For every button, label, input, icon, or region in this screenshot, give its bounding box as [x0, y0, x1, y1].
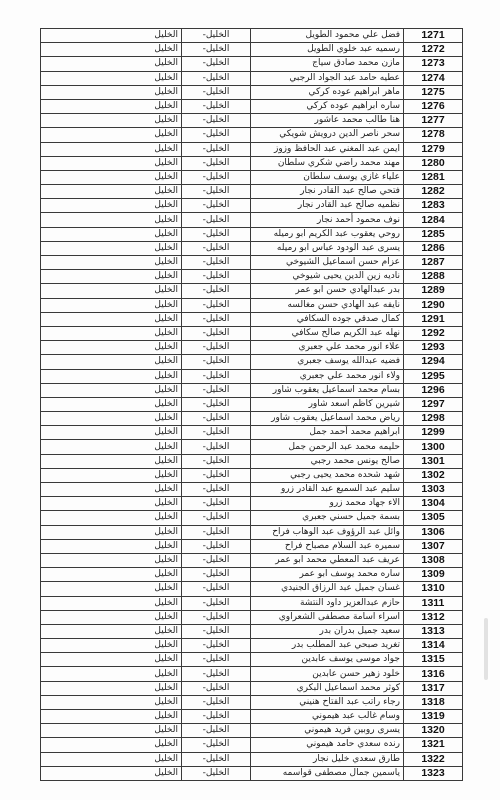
table-row: الخليلالخليل-شهد شحده محمد يحيى رجبي1302: [41, 468, 463, 482]
district-cell: الخليل-: [182, 511, 251, 525]
name-cell: طارق سعدي خليل نجار: [251, 752, 404, 766]
table-row: الخليلالخليل-علاء انور محمد علي جعبري129…: [41, 341, 463, 355]
table-row: الخليلالخليل-جواد موسى يوسف عابدين1315: [41, 653, 463, 667]
number-cell: 1299: [404, 426, 463, 440]
name-cell: كمال صدقي جوده السكافي: [251, 312, 404, 326]
district-cell: الخليل-: [182, 369, 251, 383]
number-cell: 1291: [404, 312, 463, 326]
table-row: الخليلالخليل-صالح يونس محمد رجبي1301: [41, 454, 463, 468]
location-cell: الخليل: [41, 766, 182, 780]
number-cell: 1315: [404, 653, 463, 667]
name-cell: عزام حسن اسماعيل الشيوخي: [251, 256, 404, 270]
district-cell: الخليل-: [182, 156, 251, 170]
number-cell: 1309: [404, 568, 463, 582]
table-row: الخليلالخليل-ساره ابراهيم عوده كركي1276: [41, 99, 463, 113]
name-cell: نظميه صالح عبد القادر نجار: [251, 199, 404, 213]
location-cell: الخليل: [41, 355, 182, 369]
location-cell: الخليل: [41, 29, 182, 43]
table-row: الخليلالخليل-ماهر ابراهيم عوده كركي1275: [41, 85, 463, 99]
number-cell: 1323: [404, 766, 463, 780]
district-cell: الخليل-: [182, 724, 251, 738]
district-cell: الخليل-: [182, 553, 251, 567]
name-cell: كوثر محمد اسماعيل البكري: [251, 681, 404, 695]
district-cell: الخليل-: [182, 568, 251, 582]
district-cell: الخليل-: [182, 681, 251, 695]
name-cell: صالح يونس محمد رجبي: [251, 454, 404, 468]
location-cell: الخليل: [41, 369, 182, 383]
number-cell: 1322: [404, 752, 463, 766]
table-row: الخليلالخليل-ناديه زين الدين يحيى شيوخي1…: [41, 270, 463, 284]
district-cell: الخليل-: [182, 639, 251, 653]
name-cell: ابراهيم محمد أحمد جمل: [251, 426, 404, 440]
location-cell: الخليل: [41, 312, 182, 326]
district-cell: الخليل-: [182, 695, 251, 709]
location-cell: الخليل: [41, 142, 182, 156]
table-row: الخليلالخليل-كمال صدقي جوده السكافي1291: [41, 312, 463, 326]
names-table: الخليلالخليل-فضل علي محمود الطويل1271الخ…: [40, 28, 463, 781]
table-row: الخليلالخليل-نظميه صالح عبد القادر نجار1…: [41, 199, 463, 213]
location-cell: الخليل: [41, 426, 182, 440]
table-row: الخليلالخليل-سعيد جميل بدران بدر1313: [41, 624, 463, 638]
district-cell: الخليل-: [182, 114, 251, 128]
table-row: الخليلالخليل-سميره عبد السلام مصباح فراح…: [41, 539, 463, 553]
table-row: الخليلالخليل-هنا طالب محمد عاشور1277: [41, 114, 463, 128]
location-cell: الخليل: [41, 724, 182, 738]
number-cell: 1318: [404, 695, 463, 709]
name-cell: حليمه محمد عبد الرحمن جمل: [251, 440, 404, 454]
number-cell: 1297: [404, 397, 463, 411]
location-cell: الخليل: [41, 582, 182, 596]
table-row: الخليلالخليل-ساره محمد يوسف ابو عمر1309: [41, 568, 463, 582]
district-cell: الخليل-: [182, 43, 251, 57]
number-cell: 1296: [404, 383, 463, 397]
number-cell: 1282: [404, 185, 463, 199]
table-row: الخليلالخليل-وائل عبد الرؤوف عبد الوهاب …: [41, 525, 463, 539]
location-cell: الخليل: [41, 241, 182, 255]
number-cell: 1313: [404, 624, 463, 638]
location-cell: الخليل: [41, 284, 182, 298]
district-cell: الخليل-: [182, 454, 251, 468]
district-cell: الخليل-: [182, 539, 251, 553]
name-cell: اسراء اسامة مصطفى الشعراوي: [251, 610, 404, 624]
district-cell: الخليل-: [182, 170, 251, 184]
table-body: الخليلالخليل-فضل علي محمود الطويل1271الخ…: [41, 29, 463, 781]
name-cell: شهد شحده محمد يحيى رجبي: [251, 468, 404, 482]
district-cell: الخليل-: [182, 440, 251, 454]
district-cell: الخليل-: [182, 142, 251, 156]
table-row: الخليلالخليل-بسمة جميل حسني جعبري1305: [41, 511, 463, 525]
district-cell: الخليل-: [182, 582, 251, 596]
name-cell: سميره عبد السلام مصباح فراح: [251, 539, 404, 553]
location-cell: الخليل: [41, 397, 182, 411]
location-cell: الخليل: [41, 454, 182, 468]
table-row: الخليلالخليل-مازن محمد صادق سياج1273: [41, 57, 463, 71]
name-cell: نايفه عبد الهادي حسن مغالسه: [251, 298, 404, 312]
location-cell: الخليل: [41, 227, 182, 241]
district-cell: الخليل-: [182, 71, 251, 85]
district-cell: الخليل-: [182, 653, 251, 667]
table-row: الخليلالخليل-بدر عبدالهادي حسن ابو عمر12…: [41, 284, 463, 298]
district-cell: الخليل-: [182, 270, 251, 284]
location-cell: الخليل: [41, 99, 182, 113]
location-cell: الخليل: [41, 412, 182, 426]
district-cell: الخليل-: [182, 341, 251, 355]
name-cell: تغريد صبحي عبد المطلب بدر: [251, 639, 404, 653]
district-cell: الخليل-: [182, 525, 251, 539]
district-cell: الخليل-: [182, 199, 251, 213]
location-cell: الخليل: [41, 341, 182, 355]
table-row: الخليلالخليل-طارق سعدي خليل نجار1322: [41, 752, 463, 766]
location-cell: الخليل: [41, 525, 182, 539]
name-cell: وائل عبد الرؤوف عبد الوهاب فراح: [251, 525, 404, 539]
table-row: الخليلالخليل-ولاء انور محمد علي جعبري129…: [41, 369, 463, 383]
location-cell: الخليل: [41, 624, 182, 638]
name-cell: ساره محمد يوسف ابو عمر: [251, 568, 404, 582]
name-cell: رسميه عبد خلوي الطويل: [251, 43, 404, 57]
table-row: الخليلالخليل-نايفه عبد الهادي حسن مغالسه…: [41, 298, 463, 312]
district-cell: الخليل-: [182, 312, 251, 326]
name-cell: نهله عبد الكريم صالح سكافي: [251, 326, 404, 340]
location-cell: الخليل: [41, 710, 182, 724]
number-cell: 1300: [404, 440, 463, 454]
district-cell: الخليل-: [182, 57, 251, 71]
district-cell: الخليل-: [182, 710, 251, 724]
name-cell: سعيد جميل بدران بدر: [251, 624, 404, 638]
location-cell: الخليل: [41, 114, 182, 128]
location-cell: الخليل: [41, 681, 182, 695]
table-row: الخليلالخليل-فضيه عبدالله يوسف جعبري1294: [41, 355, 463, 369]
table-row: الخليلالخليل-عريف عبد المعطي محمد ابو عم…: [41, 553, 463, 567]
number-cell: 1293: [404, 341, 463, 355]
name-cell: الاء جهاد محمد زرو: [251, 497, 404, 511]
district-cell: الخليل-: [182, 99, 251, 113]
district-cell: الخليل-: [182, 213, 251, 227]
name-cell: وسام غالب عبد هيموني: [251, 710, 404, 724]
number-cell: 1285: [404, 227, 463, 241]
name-cell: ياسمين جمال مصطفى قواسمه: [251, 766, 404, 780]
district-cell: الخليل-: [182, 468, 251, 482]
table-row: الخليلالخليل-تغريد صبحي عبد المطلب بدر13…: [41, 639, 463, 653]
number-cell: 1279: [404, 142, 463, 156]
name-cell: خلود زهير حسن عابدين: [251, 667, 404, 681]
location-cell: الخليل: [41, 57, 182, 71]
number-cell: 1287: [404, 256, 463, 270]
number-cell: 1272: [404, 43, 463, 57]
location-cell: الخليل: [41, 610, 182, 624]
name-cell: بسمة جميل حسني جعبري: [251, 511, 404, 525]
location-cell: الخليل: [41, 170, 182, 184]
number-cell: 1307: [404, 539, 463, 553]
table-row: الخليلالخليل-فتحي صالح عبد القادر نجار12…: [41, 185, 463, 199]
district-cell: الخليل-: [182, 298, 251, 312]
name-cell: سحر ناصر الدين درويش شويكي: [251, 128, 404, 142]
name-cell: ماهر ابراهيم عوده كركي: [251, 85, 404, 99]
number-cell: 1320: [404, 724, 463, 738]
name-cell: روحي يعقوب عبد الكريم ابو رميله: [251, 227, 404, 241]
district-cell: الخليل-: [182, 326, 251, 340]
number-cell: 1286: [404, 241, 463, 255]
table-row: الخليلالخليل-رياض محمد اسماعيل يعقوب شاو…: [41, 412, 463, 426]
location-cell: الخليل: [41, 553, 182, 567]
table-row: الخليلالخليل-ايمن عبد المغني عبد الحافظ …: [41, 142, 463, 156]
number-cell: 1281: [404, 170, 463, 184]
table-row: الخليلالخليل-حازم عبدالعزيز داود النتشة1…: [41, 596, 463, 610]
location-cell: الخليل: [41, 199, 182, 213]
location-cell: الخليل: [41, 539, 182, 553]
number-cell: 1292: [404, 326, 463, 340]
number-cell: 1284: [404, 213, 463, 227]
number-cell: 1310: [404, 582, 463, 596]
location-cell: الخليل: [41, 511, 182, 525]
name-cell: حازم عبدالعزيز داود النتشة: [251, 596, 404, 610]
name-cell: علاء انور محمد علي جعبري: [251, 341, 404, 355]
district-cell: الخليل-: [182, 483, 251, 497]
table-row: الخليلالخليل-سليم عبد السميع عبد القادر …: [41, 483, 463, 497]
location-cell: الخليل: [41, 497, 182, 511]
number-cell: 1314: [404, 639, 463, 653]
district-cell: الخليل-: [182, 256, 251, 270]
location-cell: الخليل: [41, 568, 182, 582]
location-cell: الخليل: [41, 596, 182, 610]
number-cell: 1277: [404, 114, 463, 128]
number-cell: 1308: [404, 553, 463, 567]
district-cell: الخليل-: [182, 596, 251, 610]
number-cell: 1298: [404, 412, 463, 426]
table-row: الخليلالخليل-سحر ناصر الدين درويش شويكي1…: [41, 128, 463, 142]
location-cell: الخليل: [41, 185, 182, 199]
district-cell: الخليل-: [182, 128, 251, 142]
name-cell: نوف محمود أحمد نجار: [251, 213, 404, 227]
location-cell: الخليل: [41, 256, 182, 270]
location-cell: الخليل: [41, 752, 182, 766]
table-row: الخليلالخليل-روحي يعقوب عبد الكريم ابو ر…: [41, 227, 463, 241]
number-cell: 1316: [404, 667, 463, 681]
district-cell: الخليل-: [182, 412, 251, 426]
location-cell: الخليل: [41, 383, 182, 397]
table-row: الخليلالخليل-علياء غازي يوسف سلطان1281: [41, 170, 463, 184]
table-row: الخليلالخليل-غسان جميل عبد الرزاق الجنيد…: [41, 582, 463, 596]
number-cell: 1303: [404, 483, 463, 497]
location-cell: الخليل: [41, 298, 182, 312]
location-cell: الخليل: [41, 653, 182, 667]
number-cell: 1311: [404, 596, 463, 610]
table-row: الخليلالخليل-ابراهيم محمد أحمد جمل1299: [41, 426, 463, 440]
names-table-container: الخليلالخليل-فضل علي محمود الطويل1271الخ…: [40, 28, 456, 781]
district-cell: الخليل-: [182, 610, 251, 624]
district-cell: الخليل-: [182, 383, 251, 397]
district-cell: الخليل-: [182, 85, 251, 99]
name-cell: ايمن عبد المغني عبد الحافظ وزوز: [251, 142, 404, 156]
name-cell: فتحي صالح عبد القادر نجار: [251, 185, 404, 199]
location-cell: الخليل: [41, 43, 182, 57]
name-cell: مهند محمد راضي شكري سلطان: [251, 156, 404, 170]
name-cell: بسام محمد اسماعيل يعقوب شاور: [251, 383, 404, 397]
district-cell: الخليل-: [182, 624, 251, 638]
name-cell: ساره ابراهيم عوده كركي: [251, 99, 404, 113]
name-cell: غسان جميل عبد الرزاق الجنيدي: [251, 582, 404, 596]
name-cell: مازن محمد صادق سياج: [251, 57, 404, 71]
location-cell: الخليل: [41, 128, 182, 142]
table-row: الخليلالخليل-عطيه حامد عبد الجواد الرجبي…: [41, 71, 463, 85]
name-cell: جواد موسى يوسف عابدين: [251, 653, 404, 667]
table-row: الخليلالخليل-حليمه محمد عبد الرحمن جمل13…: [41, 440, 463, 454]
name-cell: هنا طالب محمد عاشور: [251, 114, 404, 128]
district-cell: الخليل-: [182, 497, 251, 511]
number-cell: 1302: [404, 468, 463, 482]
number-cell: 1280: [404, 156, 463, 170]
table-row: الخليلالخليل-نهله عبد الكريم صالح سكافي1…: [41, 326, 463, 340]
number-cell: 1273: [404, 57, 463, 71]
name-cell: ولاء انور محمد علي جعبري: [251, 369, 404, 383]
table-row: الخليلالخليل-اسراء اسامة مصطفى الشعراوي1…: [41, 610, 463, 624]
name-cell: فضيه عبدالله يوسف جعبري: [251, 355, 404, 369]
district-cell: الخليل-: [182, 426, 251, 440]
district-cell: الخليل-: [182, 766, 251, 780]
name-cell: يسرى عبد الودود عباس ابو رميله: [251, 241, 404, 255]
number-cell: 1271: [404, 29, 463, 43]
location-cell: الخليل: [41, 213, 182, 227]
location-cell: الخليل: [41, 468, 182, 482]
name-cell: علياء غازي يوسف سلطان: [251, 170, 404, 184]
district-cell: الخليل-: [182, 29, 251, 43]
location-cell: الخليل: [41, 440, 182, 454]
location-cell: الخليل: [41, 71, 182, 85]
number-cell: 1278: [404, 128, 463, 142]
number-cell: 1294: [404, 355, 463, 369]
table-row: الخليلالخليل-كوثر محمد اسماعيل البكري131…: [41, 681, 463, 695]
district-cell: الخليل-: [182, 227, 251, 241]
table-row: الخليلالخليل-خلود زهير حسن عابدين1316: [41, 667, 463, 681]
number-cell: 1290: [404, 298, 463, 312]
name-cell: شيرين كاظم اسعد شاور: [251, 397, 404, 411]
district-cell: الخليل-: [182, 667, 251, 681]
table-row: الخليلالخليل-يسرى روبين فريد هيموني1320: [41, 724, 463, 738]
table-row: الخليلالخليل-رجاء راتب عبد الفتاح هنيني1…: [41, 695, 463, 709]
district-cell: الخليل-: [182, 185, 251, 199]
table-row: الخليلالخليل-مهند محمد راضي شكري سلطان12…: [41, 156, 463, 170]
location-cell: الخليل: [41, 156, 182, 170]
number-cell: 1305: [404, 511, 463, 525]
location-cell: الخليل: [41, 639, 182, 653]
name-cell: بدر عبدالهادي حسن ابو عمر: [251, 284, 404, 298]
district-cell: الخليل-: [182, 241, 251, 255]
table-row: الخليلالخليل-وسام غالب عبد هيموني1319: [41, 710, 463, 724]
name-cell: رجاء راتب عبد الفتاح هنيني: [251, 695, 404, 709]
number-cell: 1276: [404, 99, 463, 113]
table-row: الخليلالخليل-رسميه عبد خلوي الطويل1272: [41, 43, 463, 57]
table-row: الخليلالخليل-نوف محمود أحمد نجار1284: [41, 213, 463, 227]
location-cell: الخليل: [41, 270, 182, 284]
table-row: الخليلالخليل-الاء جهاد محمد زرو1304: [41, 497, 463, 511]
location-cell: الخليل: [41, 483, 182, 497]
location-cell: الخليل: [41, 738, 182, 752]
table-row: الخليلالخليل-بسام محمد اسماعيل يعقوب شاو…: [41, 383, 463, 397]
number-cell: 1283: [404, 199, 463, 213]
name-cell: سليم عبد السميع عبد القادر زرو: [251, 483, 404, 497]
number-cell: 1304: [404, 497, 463, 511]
table-row: الخليلالخليل-فضل علي محمود الطويل1271: [41, 29, 463, 43]
number-cell: 1275: [404, 85, 463, 99]
name-cell: عريف عبد المعطي محمد ابو عمر: [251, 553, 404, 567]
number-cell: 1301: [404, 454, 463, 468]
location-cell: الخليل: [41, 85, 182, 99]
district-cell: الخليل-: [182, 752, 251, 766]
number-cell: 1274: [404, 71, 463, 85]
number-cell: 1289: [404, 284, 463, 298]
district-cell: الخليل-: [182, 284, 251, 298]
scrollbar[interactable]: [484, 618, 488, 680]
number-cell: 1312: [404, 610, 463, 624]
name-cell: ناديه زين الدين يحيى شيوخي: [251, 270, 404, 284]
district-cell: الخليل-: [182, 397, 251, 411]
number-cell: 1321: [404, 738, 463, 752]
table-row: الخليلالخليل-ياسمين جمال مصطفى قواسمه132…: [41, 766, 463, 780]
name-cell: عطيه حامد عبد الجواد الرجبي: [251, 71, 404, 85]
number-cell: 1288: [404, 270, 463, 284]
location-cell: الخليل: [41, 326, 182, 340]
location-cell: الخليل: [41, 695, 182, 709]
name-cell: رنده سعدي حامد هيموني: [251, 738, 404, 752]
district-cell: الخليل-: [182, 355, 251, 369]
number-cell: 1319: [404, 710, 463, 724]
name-cell: فضل علي محمود الطويل: [251, 29, 404, 43]
name-cell: يسرى روبين فريد هيموني: [251, 724, 404, 738]
table-row: الخليلالخليل-عزام حسن اسماعيل الشيوخي128…: [41, 256, 463, 270]
district-cell: الخليل-: [182, 738, 251, 752]
number-cell: 1295: [404, 369, 463, 383]
number-cell: 1306: [404, 525, 463, 539]
table-row: الخليلالخليل-شيرين كاظم اسعد شاور1297: [41, 397, 463, 411]
number-cell: 1317: [404, 681, 463, 695]
table-row: الخليلالخليل-رنده سعدي حامد هيموني1321: [41, 738, 463, 752]
name-cell: رياض محمد اسماعيل يعقوب شاور: [251, 412, 404, 426]
table-row: الخليلالخليل-يسرى عبد الودود عباس ابو رم…: [41, 241, 463, 255]
location-cell: الخليل: [41, 667, 182, 681]
